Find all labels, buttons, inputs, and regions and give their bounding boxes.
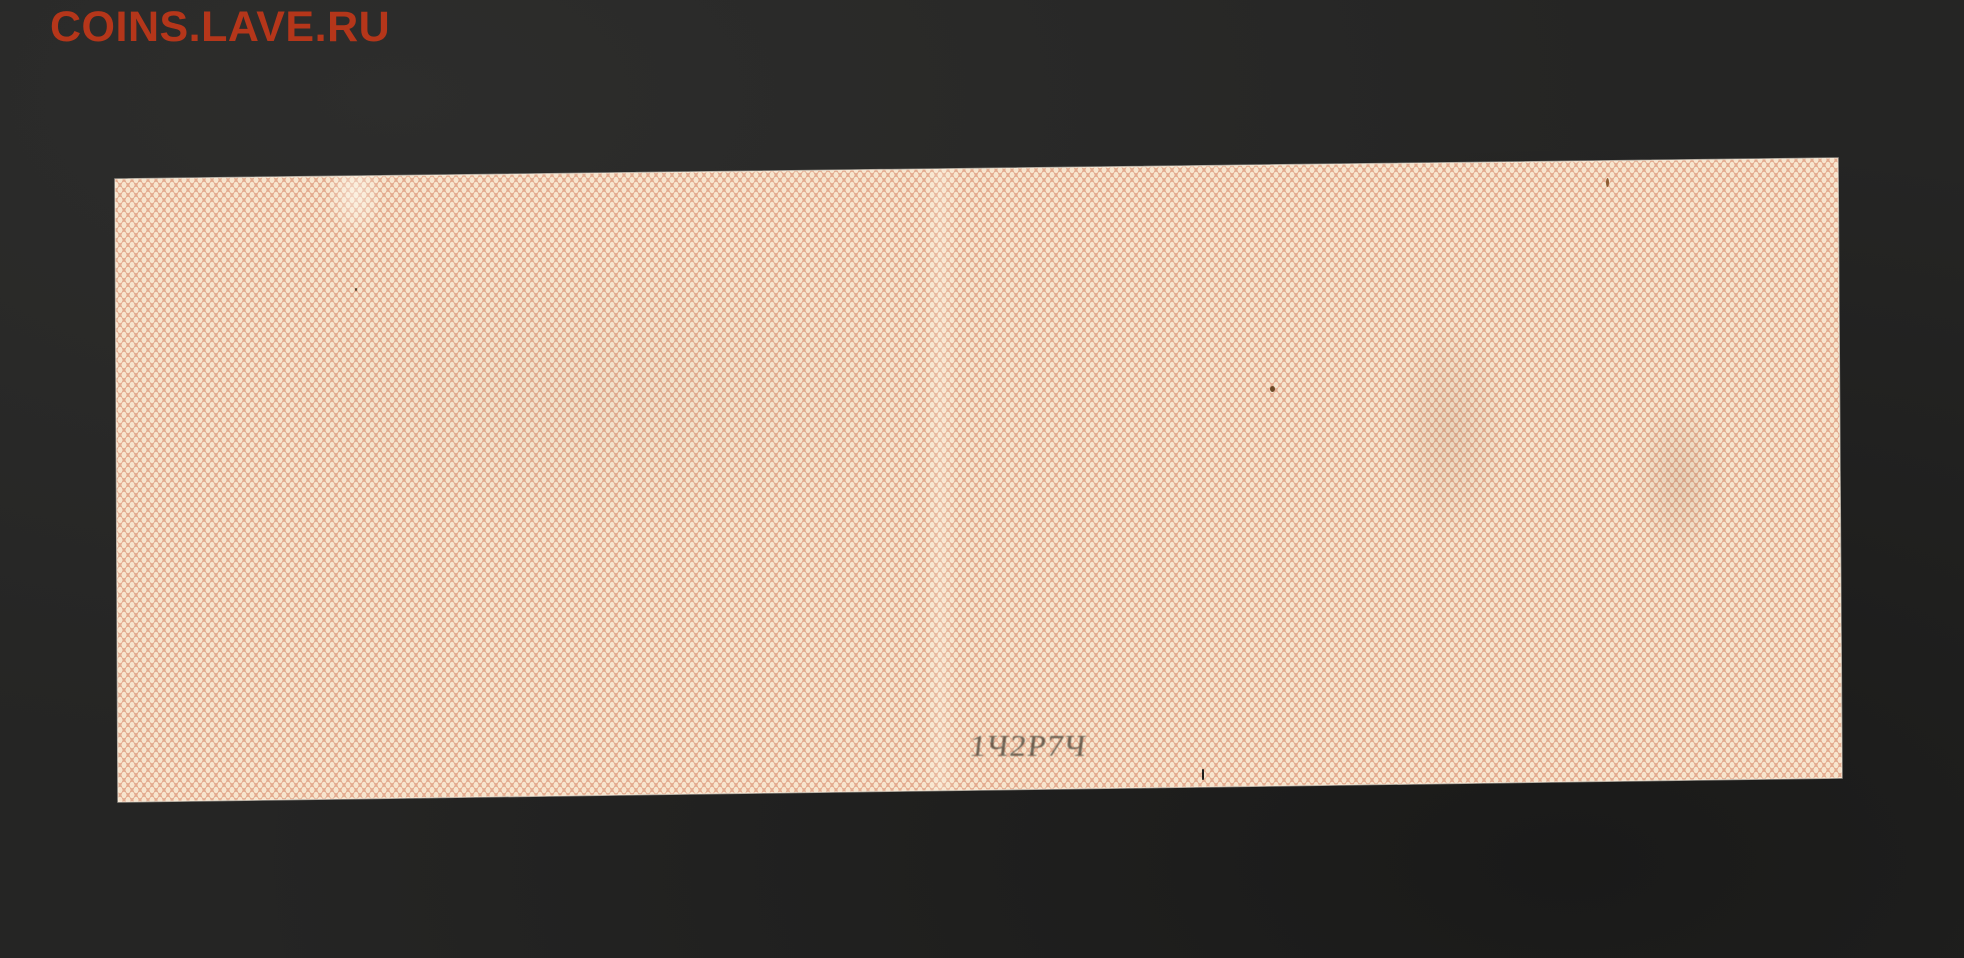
show-through-shading [0, 0, 1964, 958]
paper-mark [1202, 769, 1204, 780]
paper-speck [355, 288, 357, 291]
site-watermark: COINS.LAVE.RU [50, 6, 390, 49]
paper-speck [1606, 178, 1609, 187]
scan-background: COINS.LAVE.RU 1Ч2Р7Ч [0, 0, 1964, 958]
paper-speck [1270, 386, 1275, 392]
banknote: 1Ч2Р7Ч [0, 0, 1964, 958]
serial-stamp: 1Ч2Р7Ч [968, 730, 1089, 764]
